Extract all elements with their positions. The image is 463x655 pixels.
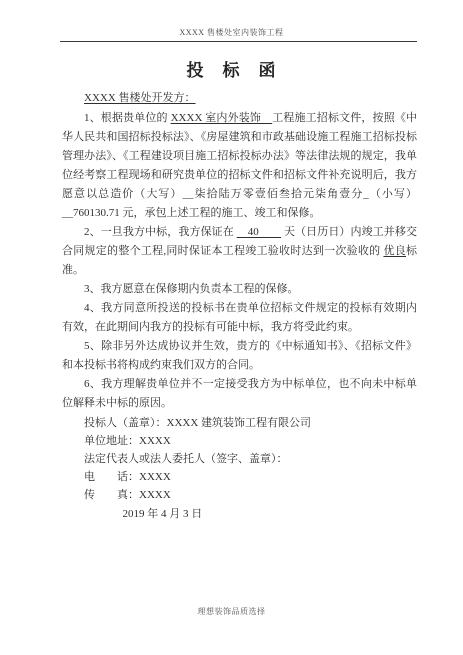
- p2-blank-days: 40: [237, 226, 281, 238]
- signature-bidder: 投标人（盖章）：XXXX 建筑装饰工程有限公司: [84, 414, 417, 432]
- signature-phone: 电 话：XXXX: [84, 468, 417, 486]
- salutation-text: XXXX 售楼处开发方：: [84, 92, 196, 104]
- doc-title: 投 标 函: [0, 56, 463, 81]
- signature-date: 2019 年 4 月 3 日: [123, 505, 418, 523]
- p1-text-rest: 工程施工招标文件，按照《中华人民共和国招标投标法》、《房屋建筑和市政基础设施工程…: [62, 112, 417, 219]
- salutation-line: XXXX 售楼处开发方：: [62, 89, 417, 108]
- p2-text-pre: 2、一旦我方中标，我方保证在: [84, 226, 237, 238]
- signature-address: 单位地址：XXXX: [84, 432, 417, 450]
- p1-text-pre: 1、根据贵单位的: [84, 112, 171, 124]
- paragraph-3: 3、我方愿意在保修期内负责本工程的保修。: [62, 280, 417, 299]
- paragraph-6: 6、我方理解贵单位并不一定接受我方为中标单位，也不向未中标单位解释未中标的原因。: [62, 375, 417, 413]
- paragraph-2: 2、一旦我方中标，我方保证在 40 天（日历日）内竣工并移交合同规定的整个工程,…: [62, 223, 417, 280]
- doc-body: XXXX 售楼处开发方： 1、根据贵单位的 XXXX 室内外装饰 工程施工招标文…: [62, 89, 417, 523]
- signature-block: 投标人（盖章）：XXXX 建筑装饰工程有限公司 单位地址：XXXX 法定代表人或…: [62, 414, 417, 523]
- document-page: XXXX 售楼处室内装饰工程 投 标 函 XXXX 售楼处开发方： 1、根据贵单…: [0, 0, 463, 655]
- footer-slogan: 理想装饰品质选择: [0, 606, 463, 617]
- p1-blank-project-name: XXXX 室内外装饰: [171, 112, 273, 124]
- header-divider: [60, 41, 417, 42]
- paragraph-1: 1、根据贵单位的 XXXX 室内外装饰 工程施工招标文件，按照《中华人民共和国招…: [62, 109, 417, 223]
- signature-fax: 传 真：XXXX: [84, 486, 417, 504]
- signature-legal-rep: 法定代表人或法人委托人（签字、盖章）：: [84, 450, 417, 468]
- p2-blank-grade: 优良: [383, 245, 406, 257]
- paragraph-5: 5、除非另外达成协议并生效，贵方的《中标通知书》、《招标文件》和本投标书将构成约…: [62, 337, 417, 375]
- paragraph-4: 4、我方同意所投送的投标书在贵单位招标文件规定的投标有效期内有效，在此期间内我方…: [62, 299, 417, 337]
- page-header-text: XXXX 售楼处室内装饰工程: [0, 27, 463, 38]
